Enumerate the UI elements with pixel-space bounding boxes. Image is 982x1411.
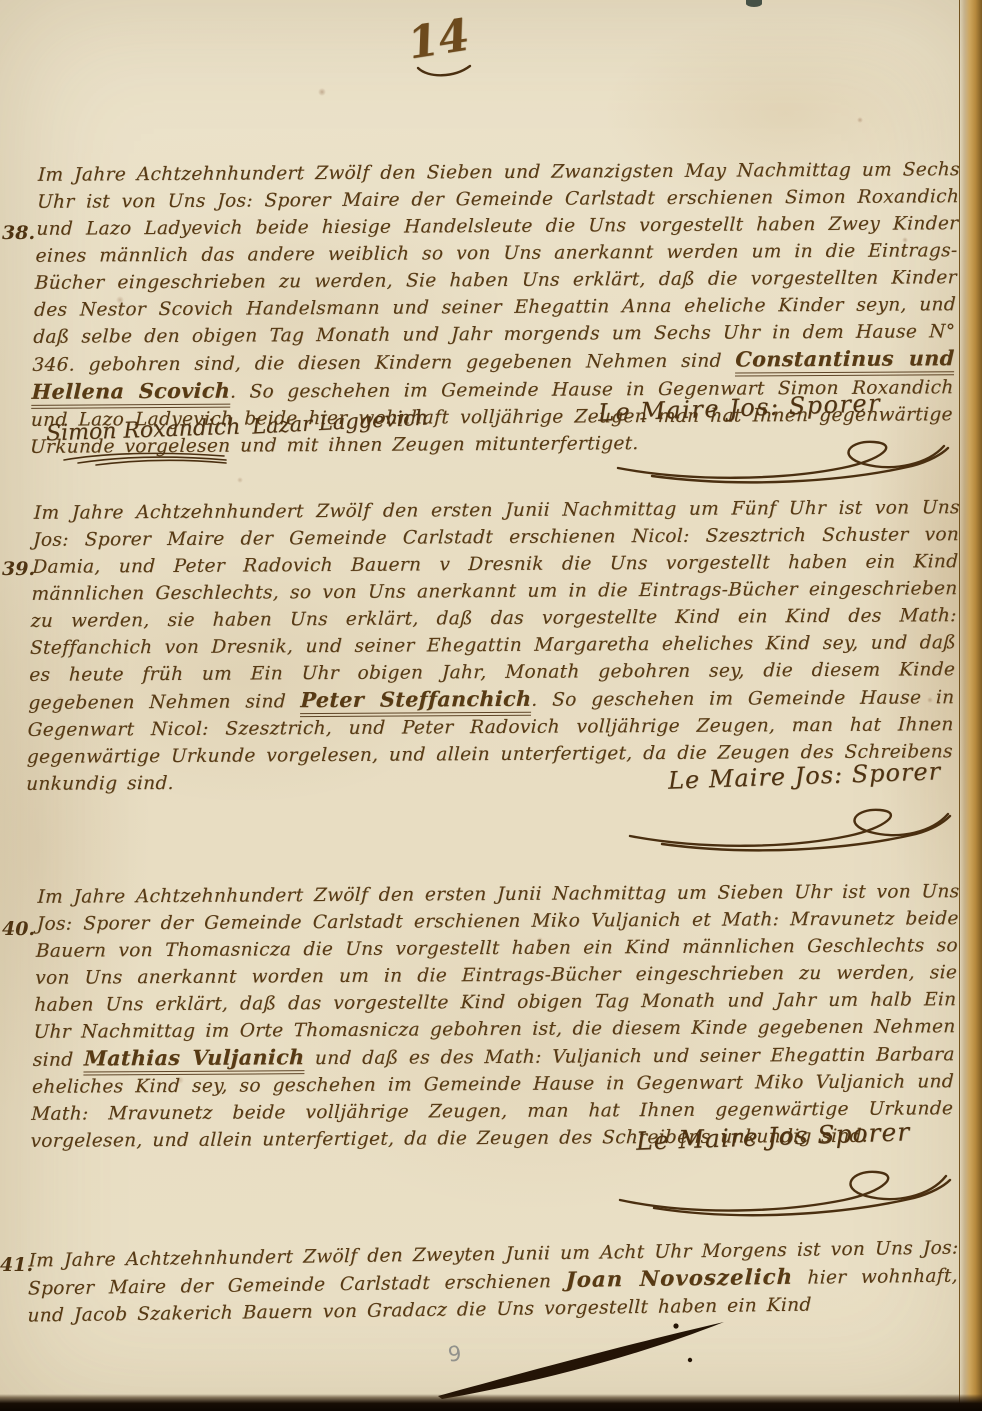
register-entry-40: Im Jahre Achtzehnhundert Zwölf den erste… [30,878,960,1155]
entry-40-text-before: Im Jahre Achtzehnhundert Zwölf den erste… [33,881,960,1071]
folio-number: 14 [404,10,472,70]
entry-number-38: 38. [2,222,35,244]
ink-stroke-flourish [428,1316,738,1401]
mayor-signature-flourish-38 [612,430,952,484]
entry-number-40: 40. [2,918,35,940]
pencil-folio-mark: 9 [447,1341,463,1366]
mayor-signature-flourish-40 [614,1160,954,1218]
folio-swash-flourish [414,62,474,80]
entry-40-child-name: Mathias Vuljanich [83,1045,304,1075]
entry-41-child-name: Joan Novoszelich [565,1264,793,1292]
register-entry-39: Im Jahre Achtzehnhundert Zwölf den erste… [26,494,961,798]
witness-signature-flourish [60,450,230,466]
book-binding-edge [959,0,982,1411]
scan-bottom-edge [0,1394,982,1411]
register-entry-41: Im Jahre Achtzehnhundert Zwölf den Zweyt… [27,1234,959,1329]
entry-39-text-before: Im Jahre Achtzehnhundert Zwölf den erste… [28,497,960,714]
entry-number-39: 39. [2,558,35,580]
mayor-signature-flourish-39 [624,798,954,852]
entry-39-child-name: Peter Steffanchich [300,686,532,716]
register-page: 14 38. 39. 40. 41. Im Jahre Achtzehnhund… [0,0,982,1411]
entry-38-text-before: Im Jahre Achtzehnhundert Zwölf den Siebe… [32,159,960,376]
top-edge-ink-mark [746,0,762,7]
